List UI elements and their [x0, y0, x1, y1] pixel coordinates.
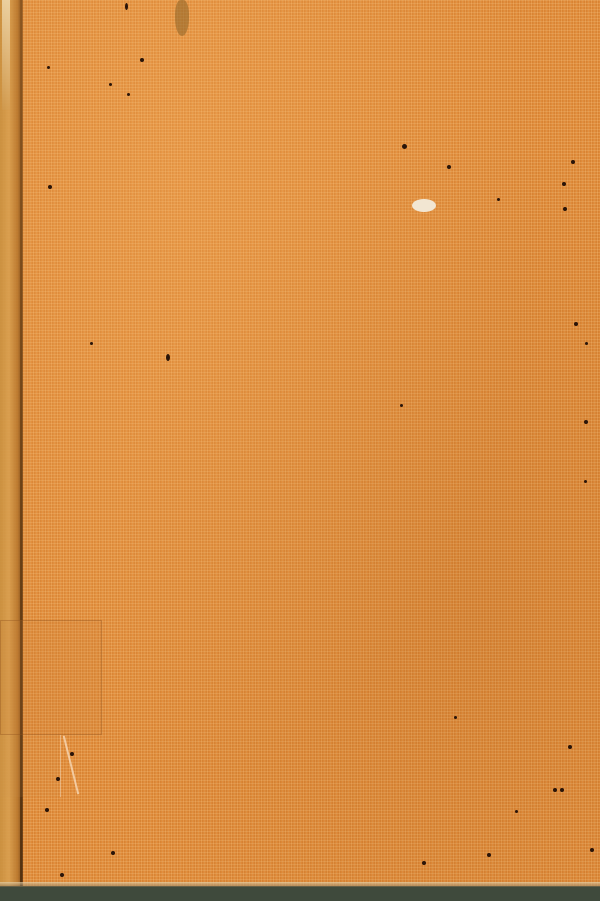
stain: [175, 0, 189, 36]
speck: [47, 66, 50, 69]
speck: [562, 182, 566, 186]
speck: [166, 354, 170, 361]
speck: [447, 165, 451, 169]
speck: [402, 144, 407, 149]
speck: [90, 342, 93, 345]
spine-wear: [2, 0, 10, 110]
speck: [553, 788, 557, 792]
speck: [109, 83, 112, 86]
tape-repair-lower: [0, 735, 61, 797]
speck: [585, 342, 588, 345]
speck: [590, 848, 594, 852]
speck: [563, 207, 567, 211]
speck: [568, 745, 572, 749]
speck: [487, 853, 491, 857]
book-cover: [0, 0, 600, 886]
speck: [140, 58, 144, 62]
speck: [454, 716, 457, 719]
speck: [56, 777, 60, 781]
speck: [45, 808, 49, 812]
tape-repair: [0, 620, 102, 735]
speck: [560, 788, 564, 792]
speck: [400, 404, 403, 407]
speck: [60, 873, 64, 877]
speck: [422, 861, 426, 865]
tape-crease: [63, 736, 79, 795]
speck: [127, 93, 130, 96]
speck: [125, 3, 128, 10]
speck: [571, 160, 575, 164]
speck: [48, 185, 52, 189]
speck: [584, 420, 588, 424]
speck: [70, 752, 74, 756]
speck: [515, 810, 518, 813]
speck: [574, 322, 578, 326]
paint-chip: [412, 199, 436, 212]
speck: [111, 851, 115, 855]
speck: [584, 480, 587, 483]
speck: [497, 198, 500, 201]
cover-bottom-edge: [0, 882, 600, 887]
